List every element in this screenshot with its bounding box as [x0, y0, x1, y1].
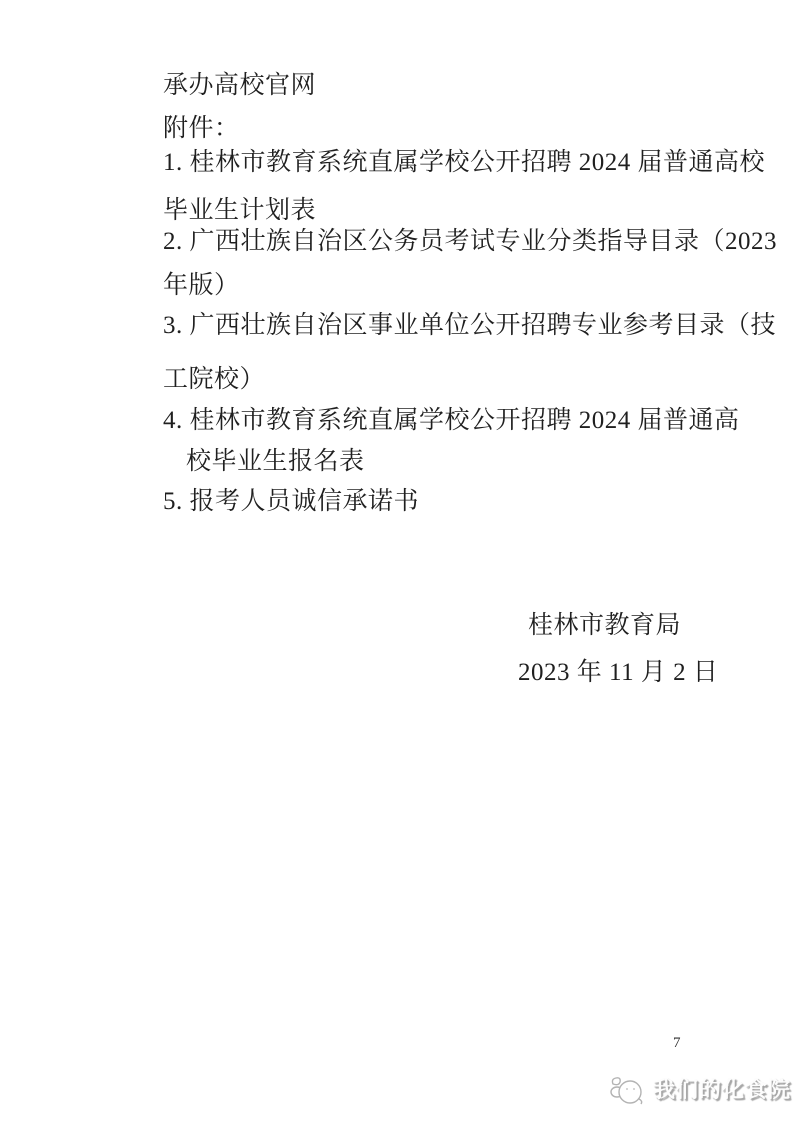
attachment-3-line-2: 工院校）: [163, 367, 265, 392]
text-line-hosting-site: 承办高校官网: [163, 73, 316, 98]
signature-org: 桂林市教育局: [528, 613, 681, 638]
attachment-2-line-1: 2. 广西壮族自治区公务员考试专业分类指导目录（2023: [163, 229, 777, 254]
attachment-1-line-1: 1. 桂林市教育系统直属学校公开招聘 2024 届普通高校: [163, 150, 765, 175]
panda-mascot-icon: [609, 1074, 645, 1106]
attachment-2-line-2: 年版）: [163, 273, 240, 298]
attachment-1-line-2: 毕业生计划表: [163, 198, 316, 223]
page-number: 7: [673, 1036, 681, 1051]
watermark-text: 我们的化食院: [653, 1079, 791, 1101]
attachment-4-line-2: 校毕业生报名表: [186, 449, 365, 474]
attachment-3-line-1: 3. 广西壮族自治区事业单位公开招聘专业参考目录（技: [163, 313, 776, 338]
attachments-heading: 附件：: [163, 116, 240, 141]
watermark: 我们的化食院: [609, 1074, 791, 1106]
attachment-4-line-1: 4. 桂林市教育系统直属学校公开招聘 2024 届普通高: [163, 408, 740, 433]
signature-date: 2023 年 11 月 2 日: [518, 660, 718, 685]
attachment-5-line-1: 5. 报考人员诚信承诺书: [163, 489, 419, 514]
